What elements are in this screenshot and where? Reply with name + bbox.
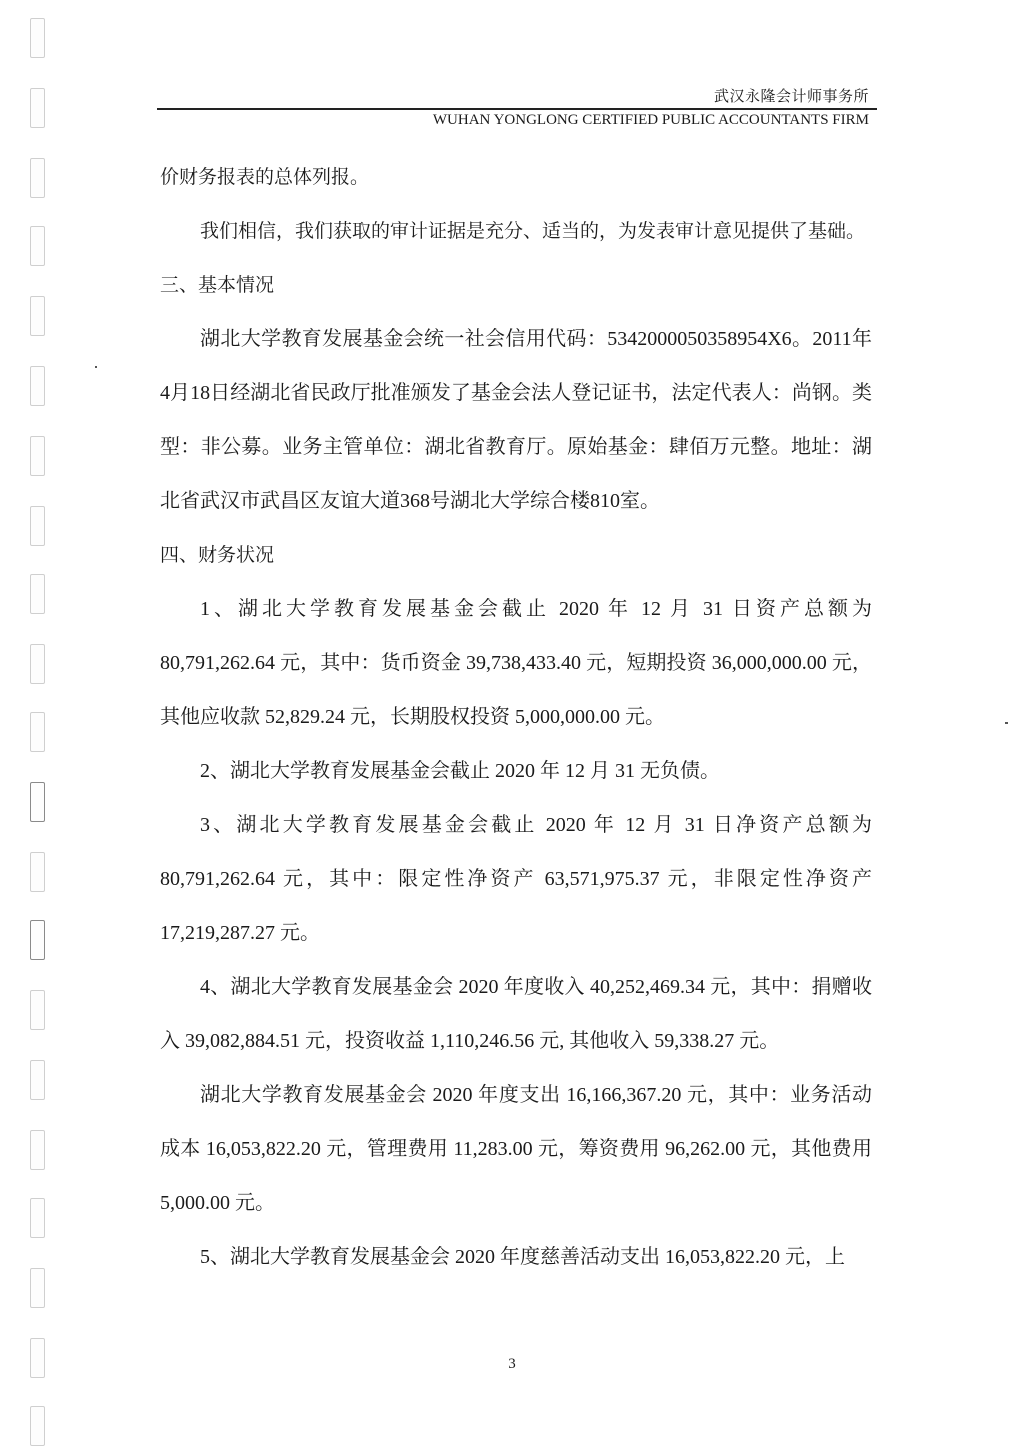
paragraph-continuation: 价财务报表的总体列报。	[160, 150, 872, 204]
binding-hole	[30, 1406, 45, 1446]
binding-hole	[30, 1198, 45, 1238]
scan-speck	[1005, 722, 1008, 724]
page-number: 3	[0, 1356, 1024, 1373]
financial-item-income: 4、湖北大学教育发展基金会 2020 年度收入 40,252,469.34 元，…	[160, 960, 872, 1068]
binding-hole	[30, 18, 45, 58]
binding-hole	[30, 1130, 45, 1170]
binding-hole	[30, 226, 45, 266]
binding-hole	[30, 506, 45, 546]
financial-item-net-assets: 3、湖北大学教育发展基金会截止 2020 年 12 月 31 日净资产总额为80…	[160, 798, 872, 960]
paragraph-basic-info: 湖北大学教育发展基金会统一社会信用代码：5342000050358954X6。2…	[160, 312, 872, 528]
section-title-basic-info: 三、基本情况	[160, 258, 872, 312]
binding-hole	[30, 712, 45, 752]
financial-item-liabilities: 2、湖北大学教育发展基金会截止 2020 年 12 月 31 无负债。	[160, 744, 872, 798]
binding-hole	[30, 296, 45, 336]
scan-speck	[95, 366, 97, 368]
binding-hole	[30, 436, 45, 476]
binding-hole	[30, 644, 45, 684]
binding-hole	[30, 852, 45, 892]
binding-hole	[30, 920, 45, 960]
binding-hole	[30, 366, 45, 406]
binding-hole	[30, 1268, 45, 1308]
letterhead: 武汉永隆会计师事务所 WUHAN YONGLONG CERTIFIED PUBL…	[157, 86, 877, 129]
binding-hole	[30, 782, 45, 822]
header-rule	[157, 108, 877, 110]
binding-hole	[30, 574, 45, 614]
section-title-financial-status: 四、财务状况	[160, 528, 872, 582]
document-body: 价财务报表的总体列报。 我们相信，我们获取的审计证据是充分、适当的，为发表审计意…	[160, 150, 872, 1284]
financial-item-assets: 1、湖北大学教育发展基金会截止 2020 年 12 月 31 日资产总额为80,…	[160, 582, 872, 744]
financial-item-expenses: 湖北大学教育发展基金会 2020 年度支出 16,166,367.20 元，其中…	[160, 1068, 872, 1230]
binding-hole	[30, 158, 45, 198]
firm-name-en: WUHAN YONGLONG CERTIFIED PUBLIC ACCOUNTA…	[157, 111, 877, 129]
binding-hole	[30, 1060, 45, 1100]
paragraph-audit-evidence: 我们相信，我们获取的审计证据是充分、适当的，为发表审计意见提供了基础。	[160, 204, 872, 258]
financial-item-charity-expense: 5、湖北大学教育发展基金会 2020 年度慈善活动支出 16,053,822.2…	[160, 1230, 872, 1284]
binding-hole	[30, 88, 45, 128]
firm-name-cn: 武汉永隆会计师事务所	[157, 86, 877, 106]
binding-holes	[26, 0, 56, 1448]
binding-hole	[30, 990, 45, 1030]
